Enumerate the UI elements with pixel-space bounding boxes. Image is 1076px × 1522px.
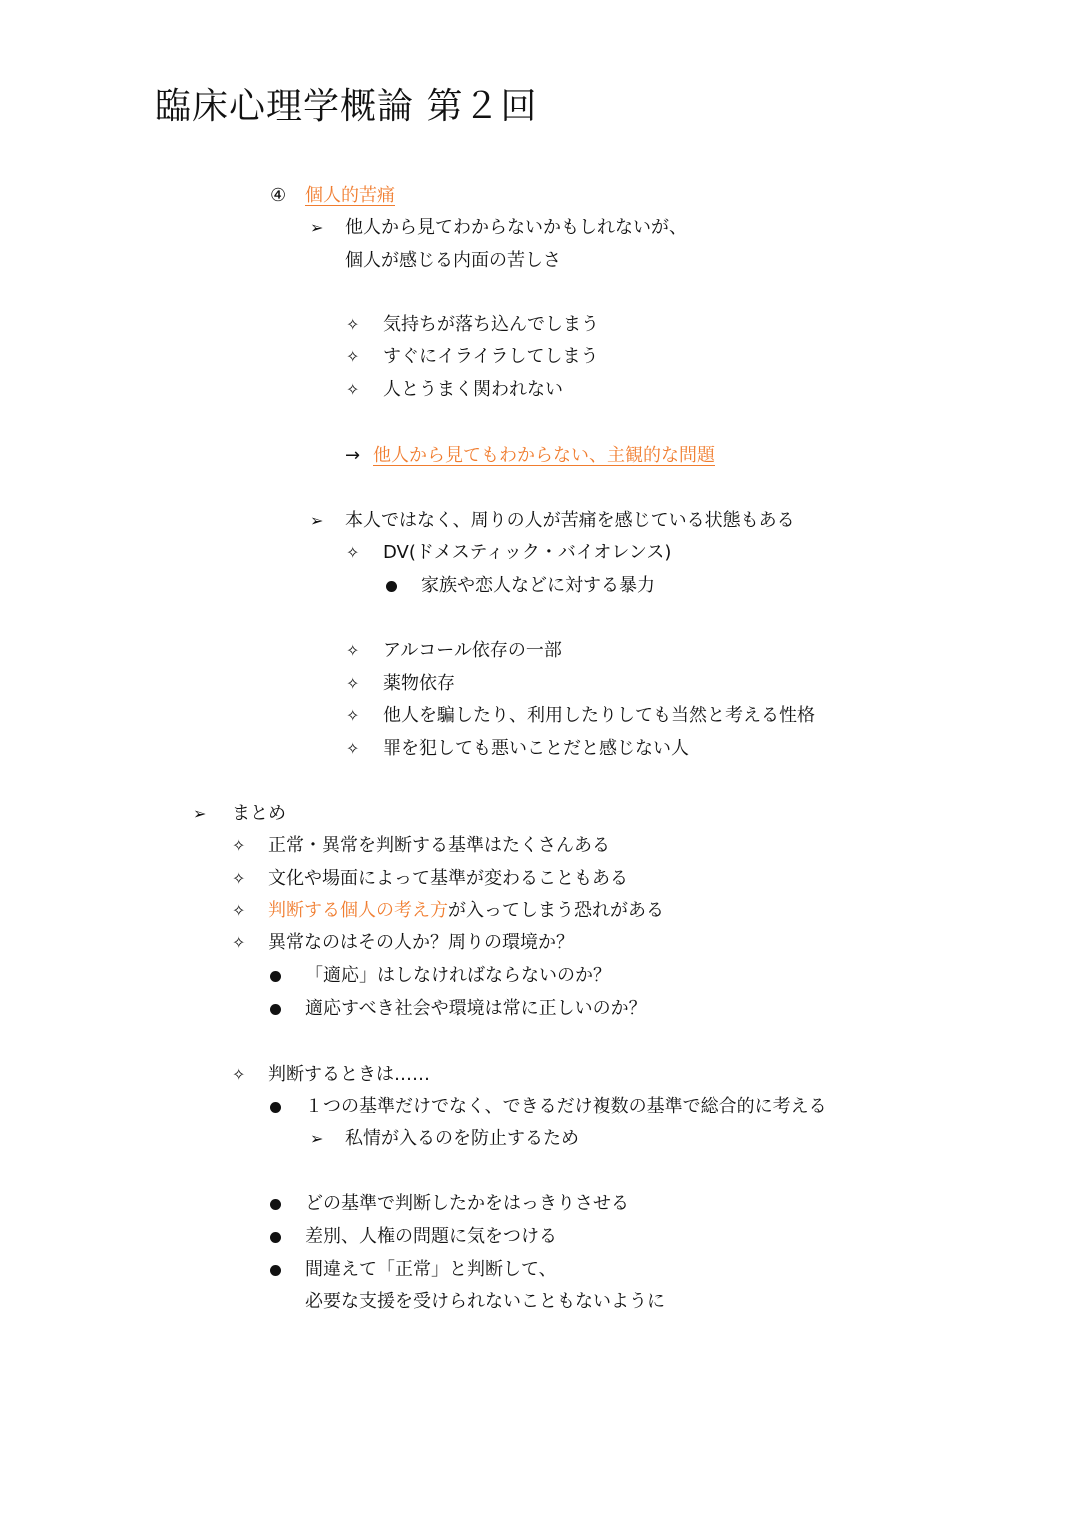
filled-circle-bullet-icon <box>270 1265 281 1276</box>
summary-subitem: １つの基準だけでなく、できるだけ複数の基準で総合的に考える <box>305 1095 827 1119</box>
conclusion-text: 他人から見てもわからない、主観的な問題 <box>373 444 715 468</box>
diamond-bullet-icon: ✧ <box>346 672 359 696</box>
item-rest-text: が入ってしまう恐れがある <box>448 900 664 921</box>
list-item: 他人を騙したり、利用したりしても当然と考える性格 <box>383 704 815 728</box>
filled-circle-bullet-icon <box>270 1102 281 1113</box>
arrow-bullet-icon: ➢ <box>193 802 206 826</box>
filled-circle-bullet-icon <box>270 1004 281 1015</box>
summary-item: 文化や場面によって基準が変わることもある <box>268 867 628 891</box>
summary-heading: まとめ <box>232 802 286 826</box>
summary-item: 判断するときは…… <box>268 1063 430 1087</box>
list-subitem: 家族や恋人などに対する暴力 <box>421 574 655 598</box>
arrow-bullet-icon: ➢ <box>310 509 323 533</box>
point-text: 他人から見てわからないかもしれないが、 <box>345 216 687 240</box>
summary-subitem: 間違えて「正常」と判断して、 <box>305 1258 557 1282</box>
filled-circle-bullet-icon <box>386 581 397 592</box>
diamond-bullet-icon: ✧ <box>232 834 245 858</box>
summary-subitem: 「適応」はしなければならないのか？ <box>305 964 611 988</box>
diamond-bullet-icon: ✧ <box>232 899 245 923</box>
diamond-bullet-icon: ✧ <box>346 313 359 337</box>
section-heading: 個人的苦痛 <box>305 184 395 208</box>
list-item: 人とうまく関われない <box>383 378 563 402</box>
diamond-bullet-icon: ✧ <box>346 737 359 761</box>
list-item: アルコール依存の一部 <box>383 639 562 663</box>
page-title: 臨床心理学概論 第２回 <box>155 78 537 129</box>
summary-item: 異常なのはその人か？周りの環境か？ <box>268 931 574 955</box>
diamond-bullet-icon: ✧ <box>232 867 245 891</box>
list-item-dv: DV(ドメスティック・バイオレンス) <box>383 541 671 565</box>
filled-circle-bullet-icon <box>270 1199 281 1210</box>
diamond-bullet-icon: ✧ <box>346 378 359 402</box>
highlight-text: 判断する個人の考え方 <box>268 900 448 921</box>
summary-subitem: 差別、人権の問題に気をつける <box>305 1225 557 1249</box>
list-item: すぐにイライラしてしまう <box>383 345 598 369</box>
summary-subitem: 適応すべき社会や環境は常に正しいのか？ <box>305 997 647 1021</box>
arrow-bullet-icon: ➢ <box>310 1127 323 1151</box>
summary-item: 正常・異常を判断する基準はたくさんある <box>268 834 610 858</box>
list-item: 気持ちが落ち込んでしまう <box>383 313 599 337</box>
summary-subitem-continued: 必要な支援を受けられないこともないように <box>305 1290 665 1314</box>
reason-text: 私情が入るのを防止するため <box>345 1127 579 1151</box>
filled-circle-bullet-icon <box>270 1232 281 1243</box>
arrow-bullet-icon: ➢ <box>310 216 323 240</box>
diamond-bullet-icon: ✧ <box>232 1063 245 1087</box>
diamond-bullet-icon: ✧ <box>232 931 245 955</box>
diamond-bullet-icon: ✧ <box>346 704 359 728</box>
summary-subitem: どの基準で判断したかをはっきりさせる <box>305 1192 629 1216</box>
circled-number-4-icon: ④ <box>270 184 286 208</box>
right-arrow-icon: → <box>345 444 360 468</box>
filled-circle-bullet-icon <box>270 971 281 982</box>
diamond-bullet-icon: ✧ <box>346 541 359 565</box>
summary-item-highlighted: 判断する個人の考え方が入ってしまう恐れがある <box>268 899 664 923</box>
diamond-bullet-icon: ✧ <box>346 345 359 369</box>
diamond-bullet-icon: ✧ <box>346 639 359 663</box>
point-text: 本人ではなく、周りの人が苦痛を感じている状態もある <box>345 509 795 533</box>
list-item: 罪を犯しても悪いことだと感じない人 <box>383 737 689 761</box>
point-text-continued: 個人が感じる内面の苦しさ <box>345 249 561 273</box>
list-item: 薬物依存 <box>383 672 455 696</box>
